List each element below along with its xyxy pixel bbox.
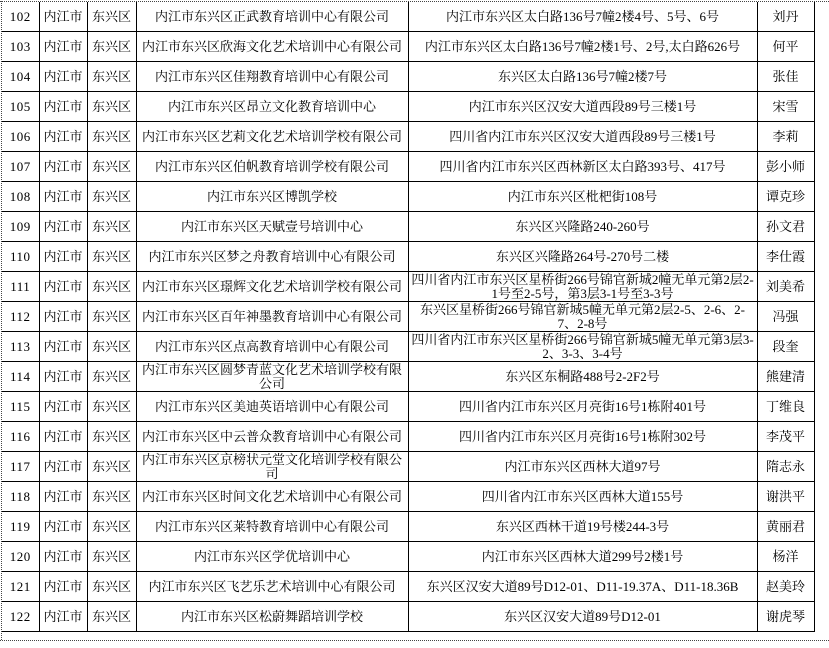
table-row: 122 内江市 东兴区 内江市东兴区松蔚舞蹈培训学校 东兴区汉安大道89号D12… (2, 602, 814, 632)
district-cell: 东兴区 (87, 2, 136, 32)
district-cell: 东兴区 (87, 242, 136, 272)
address-cell: 内江市东兴区枇杷街108号 (408, 182, 757, 212)
institution-name-cell: 内江市东兴区昂立文化教育培训中心 (136, 92, 408, 122)
institution-name-cell: 内江市东兴区点高教育培训中心有限公司 (136, 332, 408, 362)
table-row: 114 内江市 东兴区 内江市东兴区圆梦青蓝文化艺术培训学校有限公司 东兴区东桐… (2, 362, 814, 392)
row-number-cell: 122 (2, 602, 39, 632)
city-cell: 内江市 (39, 152, 87, 182)
district-cell: 东兴区 (87, 122, 136, 152)
row-number-cell: 120 (2, 542, 39, 572)
address-cell: 东兴区西林干道19号楼244-3号 (408, 512, 757, 542)
contact-person-cell: 丁维良 (757, 392, 814, 422)
institution-name-cell: 内江市东兴区莱特教育培训中心有限公司 (136, 512, 408, 542)
institution-name-cell: 内江市东兴区天赋壹号培训中心 (136, 212, 408, 242)
row-number-cell: 104 (2, 62, 39, 92)
row-number-cell: 110 (2, 242, 39, 272)
row-number-cell: 116 (2, 422, 39, 452)
row-number-cell: 108 (2, 182, 39, 212)
institution-name-cell: 内江市东兴区璟辉文化艺术培训学校有限公司 (136, 272, 408, 302)
page: { "table": { "rows": [ {"no": "102", "ci… (0, 0, 829, 648)
city-cell: 内江市 (39, 182, 87, 212)
row-number-cell: 109 (2, 212, 39, 242)
district-cell: 东兴区 (87, 212, 136, 242)
city-cell: 内江市 (39, 392, 87, 422)
contact-person-cell: 杨洋 (757, 542, 814, 572)
contact-person-cell: 黄丽君 (757, 512, 814, 542)
city-cell: 内江市 (39, 2, 87, 32)
row-number-cell: 105 (2, 92, 39, 122)
contact-person-cell: 李仕霞 (757, 242, 814, 272)
row-number-cell: 118 (2, 482, 39, 512)
address-cell: 内江市东兴区西林大道97号 (408, 452, 757, 482)
table-row: 105 内江市 东兴区 内江市东兴区昂立文化教育培训中心 内江市东兴区汉安大道西… (2, 92, 814, 122)
address-cell: 东兴区兴隆路240-260号 (408, 212, 757, 242)
contact-person-cell: 彭小师 (757, 152, 814, 182)
institution-name-cell: 内江市东兴区欣海文化艺术培训中心有限公司 (136, 32, 408, 62)
district-cell: 东兴区 (87, 152, 136, 182)
table-body: 102 内江市 东兴区 内江市东兴区正武教育培训中心有限公司 内江市东兴区太白路… (2, 2, 814, 632)
row-number-cell: 112 (2, 302, 39, 332)
contact-person-cell: 谭克珍 (757, 182, 814, 212)
table-row: 120 内江市 东兴区 内江市东兴区学优培训中心 内江市东兴区西林大道299号2… (2, 542, 814, 572)
table-row: 118 内江市 东兴区 内江市东兴区时间文化艺术培训中心有限公司 四川省内江市东… (2, 482, 814, 512)
page-break-line-left (1, 1, 2, 640)
city-cell: 内江市 (39, 212, 87, 242)
address-cell: 内江市东兴区汉安大道西段89号三楼1号 (408, 92, 757, 122)
city-cell: 内江市 (39, 62, 87, 92)
contact-person-cell: 宋雪 (757, 92, 814, 122)
table-row: 121 内江市 东兴区 内江市东兴区飞艺乐艺术培训中心有限公司 东兴区汉安大道8… (2, 572, 814, 602)
institution-name-cell: 内江市东兴区京榜状元堂文化培训学校有限公司 (136, 452, 408, 482)
district-cell: 东兴区 (87, 392, 136, 422)
address-cell: 东兴区星桥街266号锦官新城5幢无单元第2层2-5、2-6、2-7、2-8号 (408, 302, 757, 332)
table-row: 112 内江市 东兴区 内江市东兴区百年神墨教育培训中心有限公司 东兴区星桥街2… (2, 302, 814, 332)
district-cell: 东兴区 (87, 422, 136, 452)
contact-person-cell: 张佳 (757, 62, 814, 92)
district-cell: 东兴区 (87, 332, 136, 362)
contact-person-cell: 李茂平 (757, 422, 814, 452)
city-cell: 内江市 (39, 272, 87, 302)
contact-person-cell: 段奎 (757, 332, 814, 362)
institution-name-cell: 内江市东兴区圆梦青蓝文化艺术培训学校有限公司 (136, 362, 408, 392)
table-row: 104 内江市 东兴区 内江市东兴区佳翔教育培训中心有限公司 东兴区太白路136… (2, 62, 814, 92)
training-institutions-table: 102 内江市 东兴区 内江市东兴区正武教育培训中心有限公司 内江市东兴区太白路… (2, 2, 815, 632)
contact-person-cell: 何平 (757, 32, 814, 62)
institution-name-cell: 内江市东兴区飞艺乐艺术培训中心有限公司 (136, 572, 408, 602)
contact-person-cell: 谢洪平 (757, 482, 814, 512)
row-number-cell: 102 (2, 2, 39, 32)
institution-name-cell: 内江市东兴区伯帆教育培训学校有限公司 (136, 152, 408, 182)
table-row: 102 内江市 东兴区 内江市东兴区正武教育培训中心有限公司 内江市东兴区太白路… (2, 2, 814, 32)
institution-name-cell: 内江市东兴区博凯学校 (136, 182, 408, 212)
table-row: 117 内江市 东兴区 内江市东兴区京榜状元堂文化培训学校有限公司 内江市东兴区… (2, 452, 814, 482)
contact-person-cell: 刘美希 (757, 272, 814, 302)
address-cell: 四川省内江市东兴区星桥街266号锦官新城2幢无单元第2层2-1号至2-5号，第3… (408, 272, 757, 302)
row-number-cell: 107 (2, 152, 39, 182)
city-cell: 内江市 (39, 92, 87, 122)
district-cell: 东兴区 (87, 92, 136, 122)
table-row: 116 内江市 东兴区 内江市东兴区中云普众教育培训中心有限公司 四川省内江市东… (2, 422, 814, 452)
table-row: 107 内江市 东兴区 内江市东兴区伯帆教育培训学校有限公司 四川省内江市东兴区… (2, 152, 814, 182)
institution-name-cell: 内江市东兴区时间文化艺术培训中心有限公司 (136, 482, 408, 512)
row-number-cell: 121 (2, 572, 39, 602)
institution-name-cell: 内江市东兴区艺莉文化艺术培训学校有限公司 (136, 122, 408, 152)
address-cell: 四川省内江市东兴区月亮街16号1栋附302号 (408, 422, 757, 452)
table-row: 115 内江市 东兴区 内江市东兴区美迪英语培训中心有限公司 四川省内江市东兴区… (2, 392, 814, 422)
district-cell: 东兴区 (87, 182, 136, 212)
address-cell: 东兴区东桐路488号2-2F2号 (408, 362, 757, 392)
institution-name-cell: 内江市东兴区中云普众教育培训中心有限公司 (136, 422, 408, 452)
address-cell: 内江市东兴区太白路136号7幢2楼4号、5号、6号 (408, 2, 757, 32)
address-cell: 四川省内江市东兴区星桥街266号锦官新城5幢无单元第3层3-2、3-3、3-4号 (408, 332, 757, 362)
row-number-cell: 115 (2, 392, 39, 422)
city-cell: 内江市 (39, 602, 87, 632)
institution-name-cell: 内江市东兴区学优培训中心 (136, 542, 408, 572)
contact-person-cell: 谢虎琴 (757, 602, 814, 632)
address-cell: 内江市东兴区太白路136号7幢2楼1号、2号,太白路626号 (408, 32, 757, 62)
contact-person-cell: 孙文君 (757, 212, 814, 242)
contact-person-cell: 冯强 (757, 302, 814, 332)
address-cell: 东兴区太白路136号7幢2楼7号 (408, 62, 757, 92)
city-cell: 内江市 (39, 362, 87, 392)
institution-name-cell: 内江市东兴区梦之舟教育培训中心有限公司 (136, 242, 408, 272)
page-break-line-bottom (0, 640, 829, 641)
address-cell: 四川省内江市东兴区西林新区太白路393号、417号 (408, 152, 757, 182)
address-cell: 东兴区汉安大道89号D12-01、D11-19.37A、D11-18.36B (408, 572, 757, 602)
city-cell: 内江市 (39, 302, 87, 332)
table-row: 110 内江市 东兴区 内江市东兴区梦之舟教育培训中心有限公司 东兴区兴隆路26… (2, 242, 814, 272)
row-number-cell: 111 (2, 272, 39, 302)
table-container: 102 内江市 东兴区 内江市东兴区正武教育培训中心有限公司 内江市东兴区太白路… (2, 2, 815, 632)
address-cell: 东兴区兴隆路264号-270号二楼 (408, 242, 757, 272)
district-cell: 东兴区 (87, 32, 136, 62)
table-row: 119 内江市 东兴区 内江市东兴区莱特教育培训中心有限公司 东兴区西林干道19… (2, 512, 814, 542)
district-cell: 东兴区 (87, 362, 136, 392)
district-cell: 东兴区 (87, 302, 136, 332)
table-row: 109 内江市 东兴区 内江市东兴区天赋壹号培训中心 东兴区兴隆路240-260… (2, 212, 814, 242)
row-number-cell: 117 (2, 452, 39, 482)
city-cell: 内江市 (39, 122, 87, 152)
row-number-cell: 113 (2, 332, 39, 362)
district-cell: 东兴区 (87, 482, 136, 512)
city-cell: 内江市 (39, 482, 87, 512)
address-cell: 四川省内江市东兴区西林大道155号 (408, 482, 757, 512)
row-number-cell: 114 (2, 362, 39, 392)
district-cell: 东兴区 (87, 512, 136, 542)
address-cell: 东兴区汉安大道89号D12-01 (408, 602, 757, 632)
district-cell: 东兴区 (87, 542, 136, 572)
row-number-cell: 106 (2, 122, 39, 152)
district-cell: 东兴区 (87, 62, 136, 92)
city-cell: 内江市 (39, 242, 87, 272)
row-number-cell: 119 (2, 512, 39, 542)
institution-name-cell: 内江市东兴区百年神墨教育培训中心有限公司 (136, 302, 408, 332)
table-row: 103 内江市 东兴区 内江市东兴区欣海文化艺术培训中心有限公司 内江市东兴区太… (2, 32, 814, 62)
city-cell: 内江市 (39, 32, 87, 62)
contact-person-cell: 隋志永 (757, 452, 814, 482)
address-cell: 四川省内江市东兴区汉安大道西段89号三楼1号 (408, 122, 757, 152)
district-cell: 东兴区 (87, 602, 136, 632)
institution-name-cell: 内江市东兴区松蔚舞蹈培训学校 (136, 602, 408, 632)
page-break-line-top (0, 1, 829, 2)
city-cell: 内江市 (39, 542, 87, 572)
city-cell: 内江市 (39, 572, 87, 602)
city-cell: 内江市 (39, 332, 87, 362)
contact-person-cell: 刘丹 (757, 2, 814, 32)
contact-person-cell: 熊建清 (757, 362, 814, 392)
row-number-cell: 103 (2, 32, 39, 62)
address-cell: 四川省内江市东兴区月亮街16号1栋附401号 (408, 392, 757, 422)
district-cell: 东兴区 (87, 272, 136, 302)
city-cell: 内江市 (39, 452, 87, 482)
table-row: 106 内江市 东兴区 内江市东兴区艺莉文化艺术培训学校有限公司 四川省内江市东… (2, 122, 814, 152)
district-cell: 东兴区 (87, 452, 136, 482)
table-row: 111 内江市 东兴区 内江市东兴区璟辉文化艺术培训学校有限公司 四川省内江市东… (2, 272, 814, 302)
contact-person-cell: 赵美玲 (757, 572, 814, 602)
institution-name-cell: 内江市东兴区正武教育培训中心有限公司 (136, 2, 408, 32)
institution-name-cell: 内江市东兴区美迪英语培训中心有限公司 (136, 392, 408, 422)
table-row: 113 内江市 东兴区 内江市东兴区点高教育培训中心有限公司 四川省内江市东兴区… (2, 332, 814, 362)
table-row: 108 内江市 东兴区 内江市东兴区博凯学校 内江市东兴区枇杷街108号 谭克珍 (2, 182, 814, 212)
institution-name-cell: 内江市东兴区佳翔教育培训中心有限公司 (136, 62, 408, 92)
city-cell: 内江市 (39, 512, 87, 542)
city-cell: 内江市 (39, 422, 87, 452)
contact-person-cell: 李莉 (757, 122, 814, 152)
address-cell: 内江市东兴区西林大道299号2楼1号 (408, 542, 757, 572)
district-cell: 东兴区 (87, 572, 136, 602)
